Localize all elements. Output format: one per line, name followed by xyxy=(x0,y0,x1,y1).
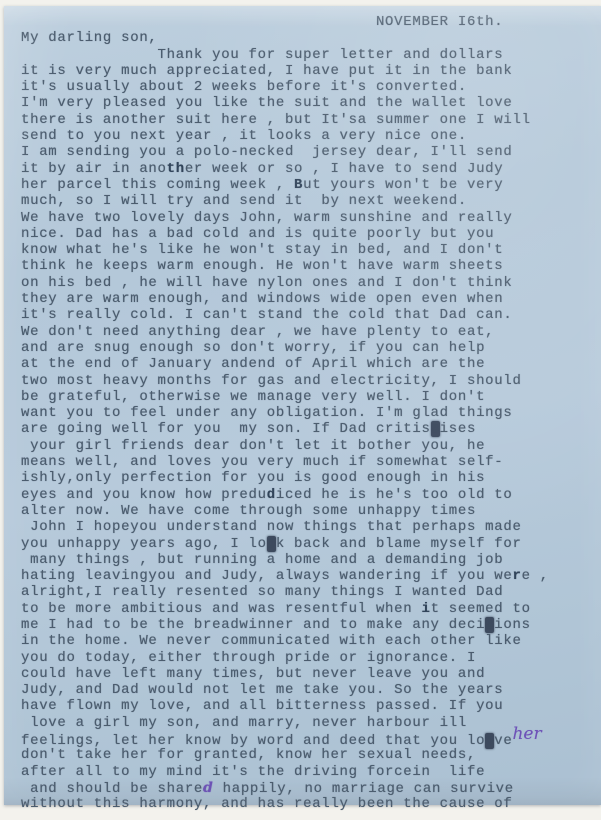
typed-text: and are snug enough so don't worry, if y… xyxy=(21,340,485,356)
typed-text: after all to my mind it's the driving fo… xyxy=(21,764,485,780)
typed-text: iced he is he's too old to xyxy=(276,487,513,503)
letter-line: me I had to be the breadwinner and to ma… xyxy=(21,617,549,633)
letter-line: want you to feel under any obligation. I… xyxy=(21,405,549,421)
typed-text: could have left many times, but never le… xyxy=(21,666,485,682)
letter-line: John I hopeyou understand now things tha… xyxy=(21,519,549,535)
typed-text: me I had to be the breadwinner and to ma… xyxy=(21,617,485,633)
letter-line: two most heavy months for gas and electr… xyxy=(21,373,549,389)
typed-text: your girl friends dear don't let it both… xyxy=(21,438,485,454)
typed-text: Thank you for super letter and dollars xyxy=(21,47,503,63)
salutation-text: My darling son, xyxy=(21,30,158,46)
letter-line: be grateful, otherwise we manage very we… xyxy=(21,389,549,405)
typed-text: it's usually about 2 weeks before it's c… xyxy=(21,79,467,95)
typed-text: ut yours won't be very xyxy=(303,177,503,193)
typed-text: ions xyxy=(494,617,530,633)
typed-text: r xyxy=(512,568,521,584)
typed-text: ve xyxy=(494,733,512,749)
letter-line: We have two lovely days John, warm sunsh… xyxy=(21,210,549,226)
ink-smudge: o xyxy=(267,536,276,552)
typed-text: and should be share xyxy=(21,781,203,797)
typed-text: you do today, either through pride or ig… xyxy=(21,650,476,666)
letter-line: there is another suit here , but It'sa s… xyxy=(21,112,549,128)
letter-line: without this harmony, and has really bee… xyxy=(21,796,549,812)
typed-text: know what he's like he won't stay in bed… xyxy=(21,242,503,258)
letter-line: hating leavingyou and Judy, always wande… xyxy=(21,568,549,584)
typed-text: in the home. We never communicated with … xyxy=(21,633,522,649)
letter-line: have flown my love, and all bitterness p… xyxy=(21,698,549,714)
letter-line: don't take her for granted, know her sex… xyxy=(21,747,549,763)
typed-text: ises xyxy=(440,421,476,437)
typed-text: to be more ambitious and was resentful w… xyxy=(21,601,421,617)
typed-text: there is another suit here , but It'sa s… xyxy=(21,112,531,128)
letter-line: her parcel this coming week , But yours … xyxy=(21,177,549,193)
scan-background: { "colors": { "paper": "#b5c8d9", "typew… xyxy=(0,0,601,820)
typed-text: on his bed , he will have nylon ones and… xyxy=(21,275,512,291)
letter-line: NOVEMBER I6th. xyxy=(21,14,549,30)
ink-correction-d: d xyxy=(203,780,214,796)
letter-line: ishly,only perfection for you is good en… xyxy=(21,470,549,486)
letter-line: Thank you for super letter and dollars xyxy=(21,47,549,63)
letter-line: they are warm enough, and windows wide o… xyxy=(21,291,549,307)
letter-line: you do today, either through pride or ig… xyxy=(21,650,549,666)
letter-line: means well, and loves you very much if s… xyxy=(21,454,549,470)
letter-line: nice. Dad has a bad cold and is quite po… xyxy=(21,226,549,242)
typed-text: many things , but running a home and a d… xyxy=(21,552,503,568)
letter-line: it's usually about 2 weeks before it's c… xyxy=(21,79,549,95)
letter-line: feelings, let her know by word and deed … xyxy=(21,731,549,747)
typed-text: k back and blame myself for xyxy=(276,536,522,552)
letter-line: I'm very pleased you like the suit and t… xyxy=(21,95,549,111)
typed-text: alter now. We have come through some unh… xyxy=(21,503,476,519)
typed-text: love a girl my son, and marry, never har… xyxy=(21,715,467,731)
letter-line: it by air in another week or so , I have… xyxy=(21,161,549,177)
typed-text: i xyxy=(421,601,430,617)
typed-text: think he keeps warm enough. He won't hav… xyxy=(21,258,503,274)
letter-line: are going well for you my son. If Dad cr… xyxy=(21,421,549,437)
ink-smudge: s xyxy=(431,421,440,437)
letter-line: in the home. We never communicated with … xyxy=(21,633,549,649)
letter-line: to be more ambitious and was resentful w… xyxy=(21,601,549,617)
letter-paper: NOVEMBER I6th.My darling son, Thank you … xyxy=(4,6,601,805)
typed-text: John I hopeyou understand now things tha… xyxy=(21,519,522,535)
ink-smudge: o xyxy=(485,733,494,749)
letter-line: many things , but running a home and a d… xyxy=(21,552,549,568)
typed-text: ishly,only perfection for you is good en… xyxy=(21,470,485,486)
letter-line: and are snug enough so don't worry, if y… xyxy=(21,340,549,356)
typed-text: I'm very pleased you like the suit and t… xyxy=(21,95,512,111)
letter-line: Judy, and Dad would not let me take you.… xyxy=(21,682,549,698)
letter-line: on his bed , he will have nylon ones and… xyxy=(21,275,549,291)
typed-text: e , xyxy=(522,568,549,584)
letter-line: We don't need anything dear , we have pl… xyxy=(21,324,549,340)
typed-text: have flown my love, and all bitterness p… xyxy=(21,698,503,714)
letter-line: after all to my mind it's the driving fo… xyxy=(21,764,549,780)
handwritten-her: her xyxy=(512,724,541,744)
letter-line: you unhappy years ago, I look back and b… xyxy=(21,536,549,552)
typed-text: it's really cold. I can't stand the cold… xyxy=(21,307,512,323)
letter-line: love a girl my son, and marry, never har… xyxy=(21,715,549,731)
ink-smudge: s xyxy=(485,617,494,633)
date-text: NOVEMBER I6th. xyxy=(21,14,503,30)
letter-line: alter now. We have come through some unh… xyxy=(21,503,549,519)
typed-text: er week or so , I have to send Judy xyxy=(185,161,504,177)
typed-text: they are warm enough, and windows wide o… xyxy=(21,291,503,307)
letter-line: My darling son, xyxy=(21,30,549,46)
typed-text: send to you next year , it looks a very … xyxy=(21,128,467,144)
letter-line: send to you next year , it looks a very … xyxy=(21,128,549,144)
letter-line: your girl friends dear don't let it both… xyxy=(21,438,549,454)
typed-text: without this harmony, and has really bee… xyxy=(21,796,512,812)
typed-text: We don't need anything dear , we have pl… xyxy=(21,324,494,340)
letter-line: much, so I will try and send it by next … xyxy=(21,193,549,209)
typed-text: two most heavy months for gas and electr… xyxy=(21,373,522,389)
typed-text: We have two lovely days John, warm sunsh… xyxy=(21,210,512,226)
letter-line: and should be shared happily, no marriag… xyxy=(21,780,549,796)
typed-text: eyes and you know how predu xyxy=(21,487,267,503)
typed-text: be grateful, otherwise we manage very we… xyxy=(21,389,485,405)
typed-text: it is very much appreciated, I have put … xyxy=(21,63,512,79)
letter-line: at the end of January andend of April wh… xyxy=(21,356,549,372)
typed-text: hating leavingyou and Judy, always wande… xyxy=(21,568,512,584)
typed-text: B xyxy=(294,177,303,193)
typed-text: much, so I will try and send it by next … xyxy=(21,193,467,209)
typed-text: want you to feel under any obligation. I… xyxy=(21,405,512,421)
letter-line: could have left many times, but never le… xyxy=(21,666,549,682)
typed-text: it by air in ano xyxy=(21,161,167,177)
letter-line: think he keeps warm enough. He won't hav… xyxy=(21,258,549,274)
typed-text: alright,I really resented so many things… xyxy=(21,584,503,600)
typed-text: th xyxy=(167,161,185,177)
letter-line: eyes and you know how predudiced he is h… xyxy=(21,487,549,503)
letter-line: it's really cold. I can't stand the cold… xyxy=(21,307,549,323)
typed-text: means well, and loves you very much if s… xyxy=(21,454,503,470)
typed-text: are going well for you my son. If Dad cr… xyxy=(21,421,431,437)
letter-body: NOVEMBER I6th.My darling son, Thank you … xyxy=(21,14,549,813)
typed-text: I am sending you a polo-necked jersey de… xyxy=(21,144,512,160)
typed-text: happily, no marriage can survive xyxy=(214,781,514,797)
letter-line: know what he's like he won't stay in bed… xyxy=(21,242,549,258)
typed-text: her parcel this coming week , xyxy=(21,177,294,193)
typed-text: t seemed to xyxy=(431,601,531,617)
typed-text: at the end of January andend of April wh… xyxy=(21,356,485,372)
typed-text: don't take her for granted, know her sex… xyxy=(21,747,476,763)
typed-text: Judy, and Dad would not let me take you.… xyxy=(21,682,503,698)
letter-line: it is very much appreciated, I have put … xyxy=(21,63,549,79)
typed-text: d xyxy=(267,487,276,503)
typed-text: you unhappy years ago, I lo xyxy=(21,536,267,552)
letter-line: alright,I really resented so many things… xyxy=(21,584,549,600)
typed-text: nice. Dad has a bad cold and is quite po… xyxy=(21,226,494,242)
letter-line: I am sending you a polo-necked jersey de… xyxy=(21,144,549,160)
